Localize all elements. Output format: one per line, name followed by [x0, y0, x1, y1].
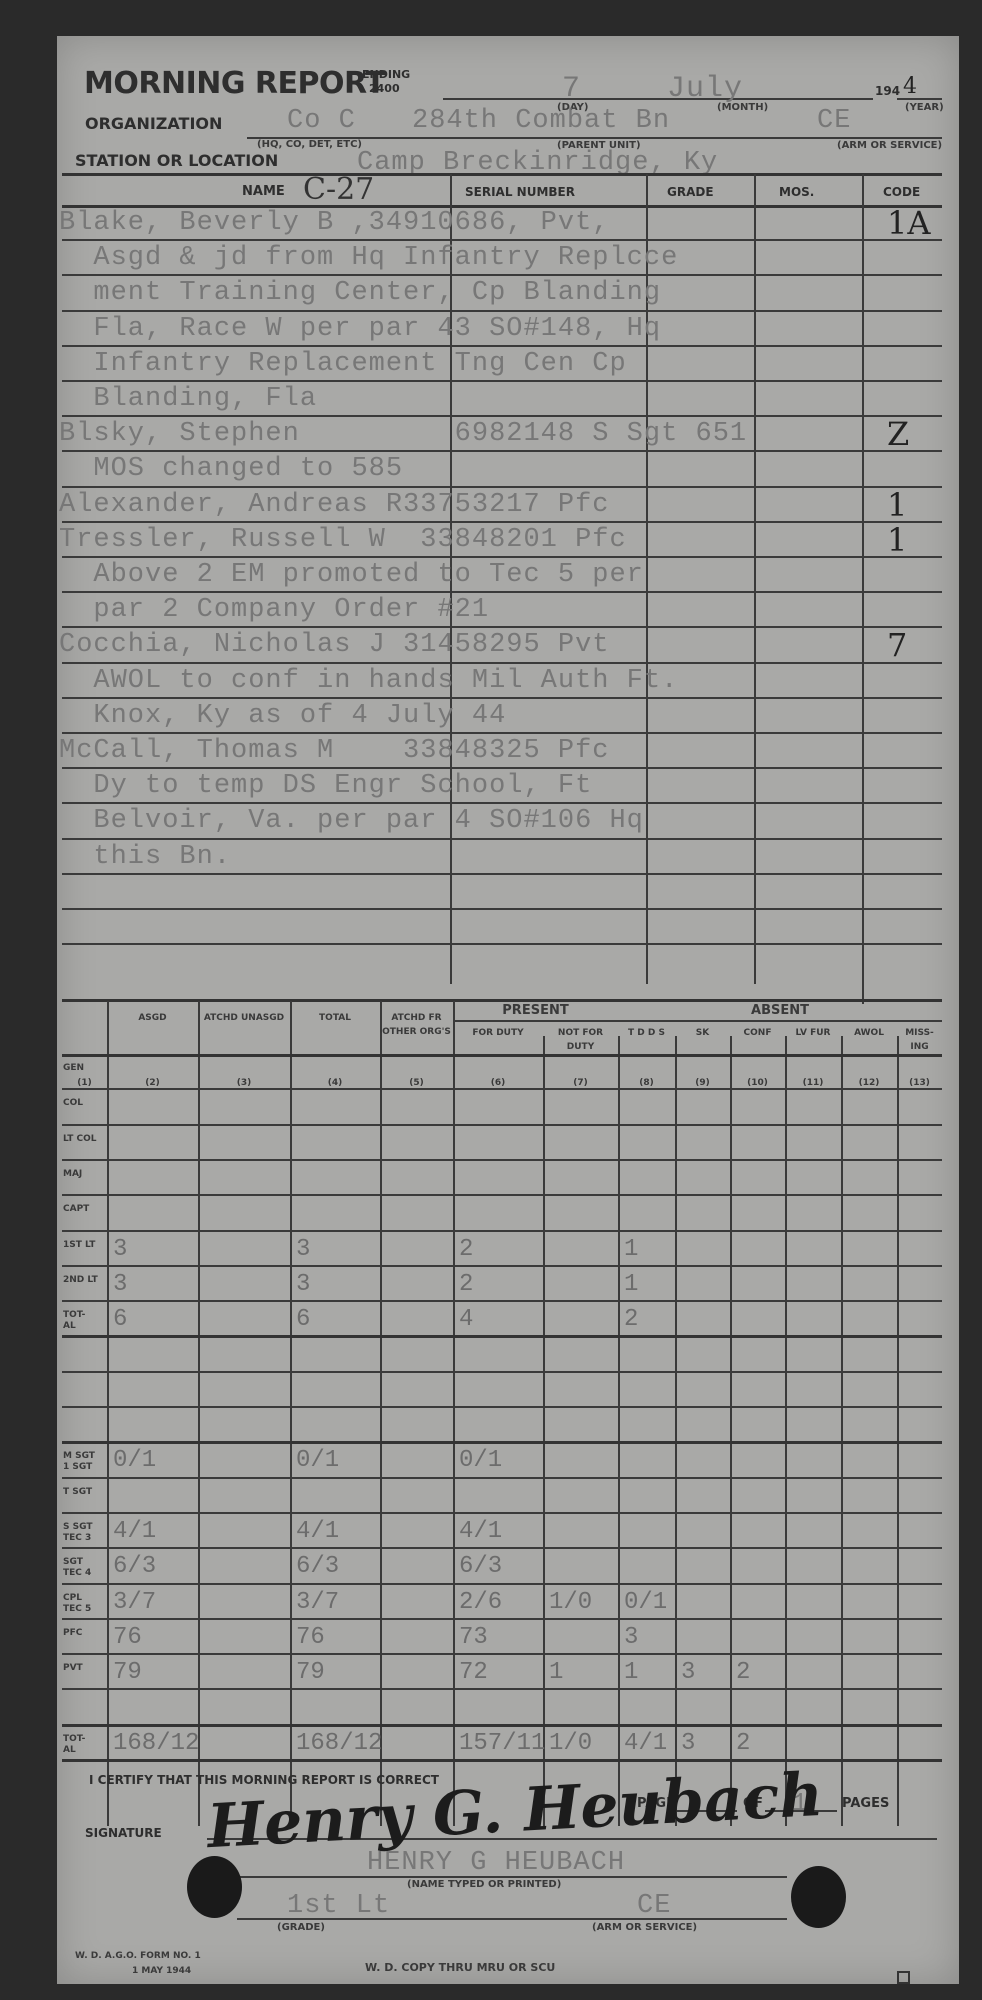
binder-hole-left — [187, 1856, 242, 1918]
strength-cell: 79 — [296, 1659, 325, 1686]
strength-cell: 73 — [459, 1624, 488, 1651]
roster-line-text: AWOL to conf in hands Mil Auth Ft. — [59, 666, 678, 696]
corner-mark-icon — [897, 1971, 910, 1984]
grid-divider — [841, 1036, 843, 1826]
strength-cell: 3 — [624, 1624, 638, 1651]
strength-cell: 3 — [113, 1271, 127, 1298]
group-present: PRESENT — [453, 1004, 618, 1018]
strength-cell: 1 — [624, 1236, 638, 1263]
grade-value: 1st Lt — [287, 1891, 390, 1921]
col-header-mos: MOS. — [779, 185, 814, 199]
roster-rule — [62, 732, 942, 734]
roster-rule — [62, 873, 942, 875]
typed-name: HENRY G HEUBACH — [367, 1848, 625, 1878]
column-header: TOTAL — [290, 1011, 380, 1025]
grid-divider — [675, 1036, 677, 1826]
rank-label: M SGT 1 SGT — [63, 1451, 99, 1473]
year-label: (YEAR) — [905, 102, 944, 113]
cert-arm-value: CE — [637, 1891, 671, 1921]
strength-cell: 0/1 — [459, 1447, 502, 1474]
form-date: 1 MAY 1944 — [132, 1966, 191, 1976]
col-header-code: CODE — [883, 185, 920, 199]
month-label: (MONTH) — [717, 102, 768, 113]
strength-cell: 3 — [296, 1271, 310, 1298]
strength-cell: 1/0 — [549, 1730, 592, 1757]
strength-cell: 4/1 — [459, 1518, 502, 1545]
column-header: CONF — [730, 1026, 785, 1040]
form-title: MORNING REPORT — [84, 66, 385, 101]
rank-label: TOT- AL — [63, 1310, 99, 1332]
rank-label: CAPT — [63, 1204, 99, 1215]
column-header: ASGD — [107, 1011, 198, 1025]
organization-value: Co C — [287, 106, 356, 136]
roster-rule — [62, 380, 942, 382]
rank-label: GEN — [63, 1063, 99, 1074]
roster-rule — [62, 239, 942, 241]
name-annotation: C-27 — [303, 172, 374, 207]
station-label: STATION OR LOCATION — [75, 151, 278, 170]
column-header: ATCHD FR OTHER ORG'S — [380, 1011, 453, 1039]
year-prefix: 194 — [875, 84, 900, 98]
rank-label: COL — [63, 1098, 99, 1109]
strength-cell: 4/1 — [624, 1730, 667, 1757]
routing-note: W. D. COPY THRU MRU OR SCU — [365, 1961, 555, 1974]
report-month: July — [667, 72, 743, 106]
strength-cell: 2 — [459, 1236, 473, 1263]
strength-cell: 2 — [459, 1271, 473, 1298]
grid-divider — [897, 1036, 899, 1826]
strength-cell: 6 — [113, 1306, 127, 1333]
roster-line-text: Alexander, Andreas R33753217 Pfc — [59, 490, 609, 520]
roster-rule — [62, 626, 942, 628]
pages-label: PAGES — [842, 1796, 889, 1811]
roster-line-text: Infantry Replacement Tng Cen Cp — [59, 349, 627, 379]
roster-rule — [62, 767, 942, 769]
strength-cell: 0/1 — [296, 1447, 339, 1474]
column-header: FOR DUTY — [453, 1026, 543, 1040]
signature-label: SIGNATURE — [85, 1826, 162, 1840]
strength-cell: 6/3 — [459, 1553, 502, 1580]
roster-line-text: Blake, Beverly B ,34910686, Pvt, — [59, 208, 609, 238]
rank-label: PVT — [63, 1663, 99, 1674]
col-header-grade: GRADE — [667, 185, 714, 199]
report-day: 7 — [562, 72, 581, 106]
rank-label: T SGT — [63, 1487, 99, 1498]
col-header-serial: SERIAL NUMBER — [465, 185, 575, 199]
strength-cell: 2/6 — [459, 1589, 502, 1616]
year-suffix: 4 — [903, 74, 917, 99]
roster-line-text: MOS changed to 585 — [59, 454, 403, 484]
grid-divider — [785, 1036, 787, 1826]
rank-label: PFC — [63, 1628, 99, 1639]
cert-arm-label: (ARM OR SERVICE) — [592, 1922, 697, 1933]
roster-line-code: 1 — [887, 521, 907, 559]
roster-line-text: Cocchia, Nicholas J 31458295 Pvt — [59, 630, 609, 660]
rank-label: 1ST LT — [63, 1240, 99, 1251]
roster-line-text: ment Training Center, Cp Blanding — [59, 278, 661, 308]
strength-cell: 6 — [296, 1306, 310, 1333]
roster-line-text: Dy to temp DS Engr School, Ft — [59, 771, 592, 801]
ending-time: 2400 — [369, 82, 400, 95]
strength-cell: 1 — [624, 1659, 638, 1686]
roster-rule — [62, 838, 942, 840]
grid-divider — [543, 1036, 545, 1826]
strength-cell: 79 — [113, 1659, 142, 1686]
org-arm-label: (ARM OR SERVICE) — [837, 140, 942, 151]
organization-sublabel: (HQ, CO, DET, ETC) — [257, 139, 362, 150]
roster-line-text: Belvoir, Va. per par 4 SO#106 Hq — [59, 806, 644, 836]
strength-cell: 6/3 — [113, 1553, 156, 1580]
column-header: NOT FOR DUTY — [543, 1026, 618, 1054]
roster-rule — [62, 697, 942, 699]
roster-line-text: Blanding, Fla — [59, 384, 317, 414]
rank-label: S SGT TEC 3 — [63, 1522, 99, 1544]
roster-rule — [62, 908, 942, 910]
roster-line-text: par 2 Company Order #21 — [59, 595, 489, 625]
form-number: W. D. A.G.O. FORM NO. 1 — [75, 1951, 201, 1961]
roster-line-text: Knox, Ky as of 4 July 44 — [59, 701, 506, 731]
typed-name-label: (NAME TYPED OR PRINTED) — [407, 1879, 561, 1890]
strength-cell: 6/3 — [296, 1553, 339, 1580]
rank-label: CPL TEC 5 — [63, 1593, 99, 1615]
roster-rule — [62, 415, 942, 417]
roster-line-text: Asgd & jd from Hq Infantry Replcce — [59, 243, 678, 273]
strength-cell: 3 — [296, 1236, 310, 1263]
roster-rule — [62, 345, 942, 347]
roster-rule — [62, 943, 942, 945]
roster-rule — [62, 591, 942, 593]
roster-line-code: 1 — [887, 486, 907, 524]
roster-rule — [62, 450, 942, 452]
strength-cell: 72 — [459, 1659, 488, 1686]
strength-cell: 168/12 — [113, 1730, 199, 1757]
strength-cell: 3 — [681, 1730, 695, 1757]
roster-rule — [62, 556, 942, 558]
roster-line-text: this Bn. — [59, 842, 231, 872]
strength-cell: 0/1 — [113, 1447, 156, 1474]
roster-rule — [62, 486, 942, 488]
strength-cell: 1 — [549, 1659, 563, 1686]
grid-divider — [730, 1036, 732, 1826]
roster-line-code: Z — [887, 415, 909, 453]
strength-cell: 76 — [113, 1624, 142, 1651]
roster-line-text: Tressler, Russell W 33848201 Pfc — [59, 525, 627, 555]
strength-cell: 1/0 — [549, 1589, 592, 1616]
strength-cell: 3 — [113, 1236, 127, 1263]
strength-cell: 2 — [736, 1730, 750, 1757]
strength-cell: 4/1 — [296, 1518, 339, 1545]
org-arm-value: CE — [817, 106, 851, 136]
roster-line-text: Blsky, Stephen 6982148 S Sgt 651 — [59, 419, 747, 449]
rank-label: MAJ — [63, 1169, 99, 1180]
strength-cell: 2 — [624, 1306, 638, 1333]
grid-divider — [618, 1036, 620, 1826]
strength-cell: 3 — [681, 1659, 695, 1686]
morning-report-page: MORNING REPORT ENDING 2400 7 (DAY) July … — [57, 36, 959, 1984]
roster-line-text: Above 2 EM promoted to Tec 5 per — [59, 560, 644, 590]
column-header: MISS- ING — [897, 1026, 942, 1054]
roster-rule — [62, 310, 942, 312]
roster-line-text: McCall, Thomas M 33848325 Pfc — [59, 736, 609, 766]
roster-rule — [62, 802, 942, 804]
ending-label: ENDING — [362, 68, 410, 81]
roster-rule — [62, 521, 942, 523]
roster-rule — [62, 662, 942, 664]
rank-label: SGT TEC 4 — [63, 1557, 99, 1579]
rank-label: LT COL — [63, 1134, 99, 1145]
col-header-name: NAME — [242, 184, 285, 199]
column-header: SK — [675, 1026, 730, 1040]
strength-cell: 3/7 — [113, 1589, 156, 1616]
strength-cell: 3/7 — [296, 1589, 339, 1616]
organization-label: ORGANIZATION — [85, 114, 222, 133]
roster-line-code: 1A — [887, 204, 930, 242]
rank-label: TOT- AL — [63, 1734, 99, 1756]
roster-rule — [62, 274, 942, 276]
column-header: LV FUR — [785, 1026, 841, 1040]
strength-cell: 0/1 — [624, 1589, 667, 1616]
strength-cell: 76 — [296, 1624, 325, 1651]
rank-label: 2ND LT — [63, 1275, 99, 1286]
strength-cell: 4/1 — [113, 1518, 156, 1545]
strength-cell: 2 — [736, 1659, 750, 1686]
strength-cell: 157/11 — [459, 1730, 545, 1757]
roster-line-code: 7 — [887, 626, 907, 664]
parent-unit-value: 284th Combat Bn — [412, 106, 670, 136]
grade-label: (GRADE) — [277, 1922, 325, 1933]
strength-cell: 168/12 — [296, 1730, 382, 1757]
strength-cell: 4 — [459, 1306, 473, 1333]
column-header: ATCHD UNASGD — [198, 1011, 290, 1025]
roster-line-text: Fla, Race W per par 43 SO#148, Hq — [59, 314, 661, 344]
strength-cell: 1 — [624, 1271, 638, 1298]
column-header: T D D S — [618, 1026, 675, 1040]
group-absent: ABSENT — [618, 1004, 942, 1018]
column-header: AWOL — [841, 1026, 897, 1040]
binder-hole-right — [791, 1866, 846, 1928]
